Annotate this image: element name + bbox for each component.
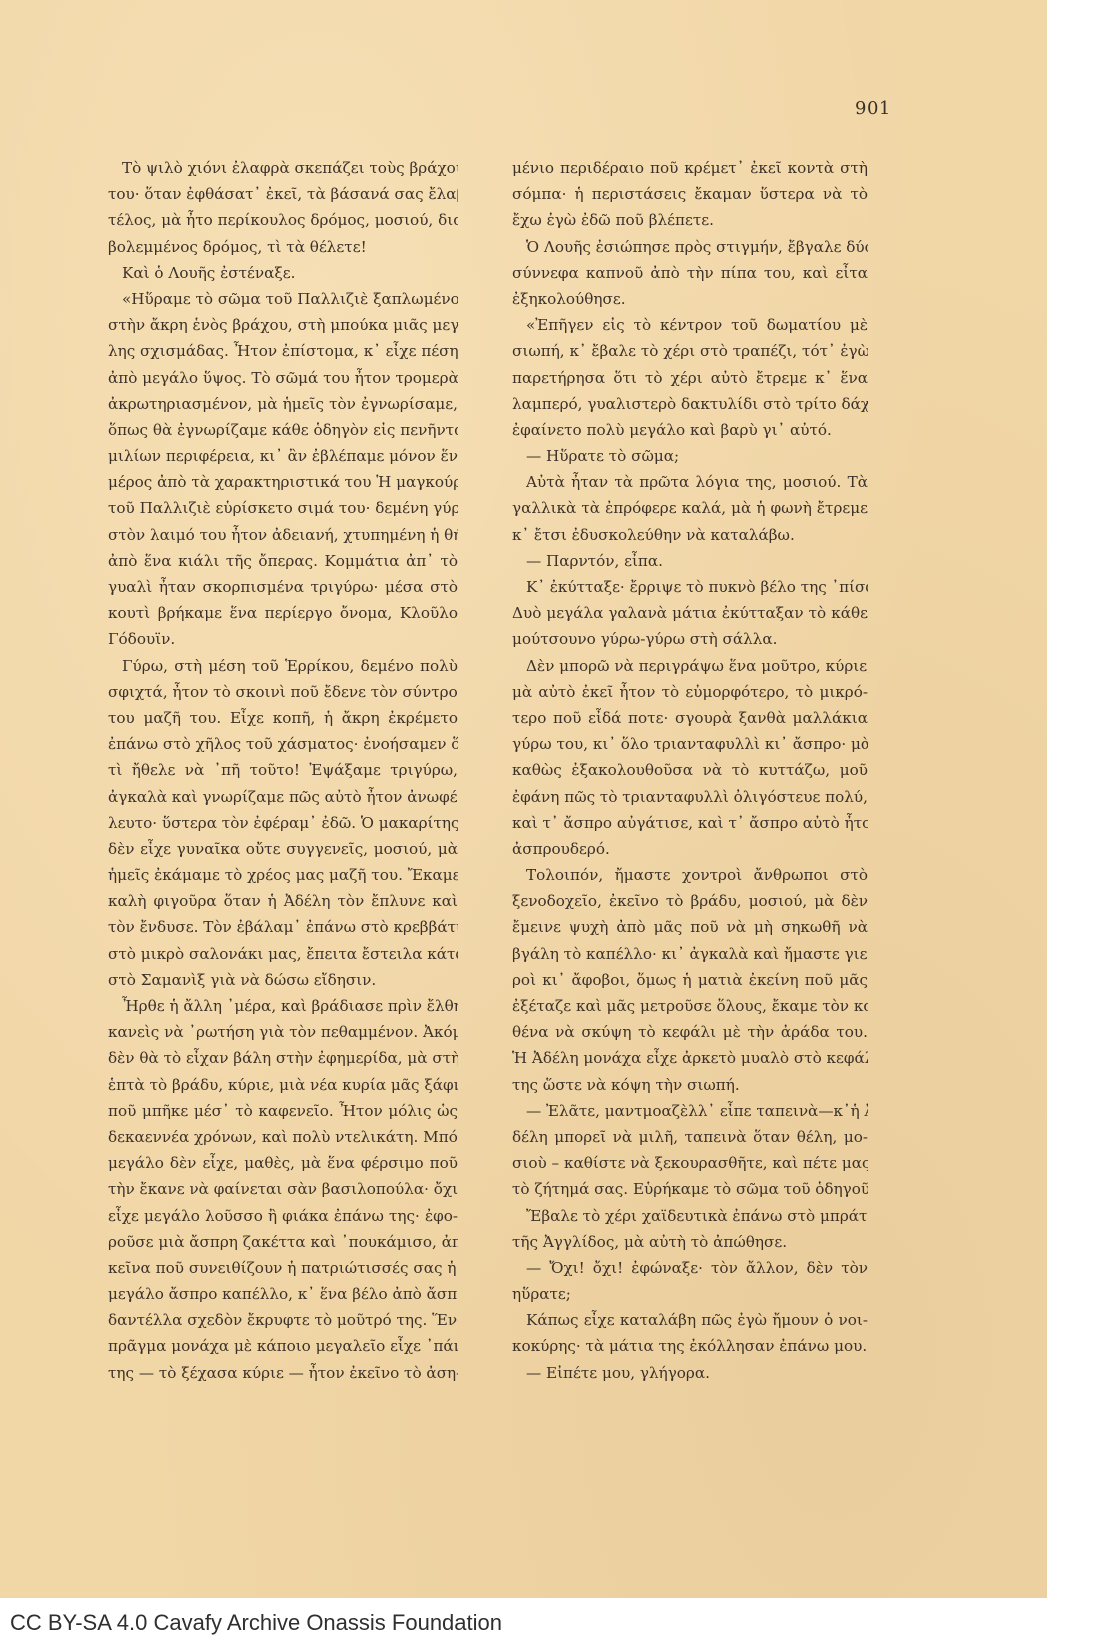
text-line: Τὸ ψιλὸ χιόνι ἐλαφρὰ σκεπάζει τοὺς βράχο… xyxy=(108,155,458,181)
text-line: ἐπάνω στὸ χῆλος τοῦ χάσματος· ἐνοήσαμεν … xyxy=(108,731,458,757)
text-line: λευτο· ὕστερα τὸν ἐφέραμ᾽ ἐδῶ. Ὁ μακαρίτ… xyxy=(108,810,458,836)
text-line: γύρω του, κι᾽ ὅλο τριανταφυλλὶ κι᾽ ἄσπρο… xyxy=(512,731,868,757)
text-line: κεῖνα ποῦ συνειθίζουν ἡ πατριώτισσές σας… xyxy=(108,1255,458,1281)
license-credit: CC BY-SA 4.0 Cavafy Archive Onassis Foun… xyxy=(10,1610,502,1636)
text-line: βγάλη τὸ καπέλλο· κι᾽ ἀγκαλὰ καὶ ἤμαστε … xyxy=(512,941,868,967)
text-line: κουτὶ βρήκαμε ἕνα περίεργο ὄνομα, Κλοῦλο xyxy=(108,600,458,626)
text-line: ἀκρωτηριασμένον, μὰ ἡμεῖς τὸν ἐγνωρίσαμε… xyxy=(108,391,458,417)
text-line: Ὁ Λουῆς ἐσιώπησε πρὸς στιγμήν, ἔβγαλε δύ… xyxy=(512,234,868,260)
text-line: θένα νὰ σκύψη τὸ κεφάλι μὲ τὴν ἀράδα του… xyxy=(512,1019,868,1045)
text-line: ἐξέταζε καὶ μᾶς μετροῦσε ὅλους, ἔκαμε τὸ… xyxy=(512,993,868,1019)
text-line: ἑπτὰ τὸ βράδυ, κύριε, μιὰ νέα κυρία μᾶς … xyxy=(108,1072,458,1098)
text-line: γυαλὶ ἦταν σκορπισμένα τριγύρω· μέσα στὸ xyxy=(108,574,458,600)
text-line: «Ἐπῆγεν εἰς τὸ κέντρον τοῦ δωματίου μὲ xyxy=(512,312,868,338)
text-line: Γόδουϊν. xyxy=(108,626,458,652)
text-line: — Ηὕρατε τὸ σῶμα; xyxy=(512,443,868,469)
text-line: Καὶ ὁ Λουῆς ἐστέναξε. xyxy=(108,260,458,286)
text-line: ἔχω ἐγὼ ἐδῶ ποῦ βλέπετε. xyxy=(512,207,868,233)
text-line: ροῦσε μιὰ ἄσπρη ζακέττα καὶ ᾽πουκάμισο, … xyxy=(108,1229,458,1255)
text-line: σιοὺ – καθίστε νὰ ξεκουρασθῆτε, καὶ πέτε… xyxy=(512,1150,868,1176)
text-line: παρετήρησα ὅτι τὸ χέρι αὐτὸ ἔτρεμε κ᾽ ἕν… xyxy=(512,365,868,391)
text-line: τῆς Ἀγγλίδος, μὰ αὐτὴ τὸ ἀπώθησε. xyxy=(512,1229,868,1255)
footer: CC BY-SA 4.0 Cavafy Archive Onassis Foun… xyxy=(0,1598,1100,1648)
text-line: σύννεφα καπνοῦ ἀπὸ τὴν πίπα του, καὶ εἶτ… xyxy=(512,260,868,286)
text-line: τὴν ἔκανε νὰ φαίνεται σὰν βασιλοπούλα· ὄ… xyxy=(108,1176,458,1202)
text-line: κανεὶς νὰ ᾽ρωτήση γιὰ τὸν πεθαμμένον. Ἀκ… xyxy=(108,1019,458,1045)
text-line: Δυὸ μεγάλα γαλανὰ μάτια ἐκύτταξαν τὸ κάθ… xyxy=(512,600,868,626)
text-line: καὶ τ᾽ ἄσπρο αὐγάτισε, καὶ τ᾽ ἄσπρο αὐτὸ… xyxy=(512,810,868,836)
text-line: — Παρντόν, εἶπα. xyxy=(512,548,868,574)
text-line: γαλλικὰ τὰ ἐπρόφερε καλά, μὰ ἡ φωνὴ ἔτρε… xyxy=(512,495,868,521)
scanned-page: 901 Τὸ ψιλὸ χιόνι ἐλαφρὰ σκεπάζει τοὺς β… xyxy=(0,0,1047,1598)
text-line: τὸν ἔνδυσε. Τὸν ἐβάλαμ᾽ ἐπάνω στὸ κρεββά… xyxy=(108,914,458,940)
text-line: Δὲν μπορῶ νὰ περιγράψω ἕνα μοῦτρο, κύριε… xyxy=(512,653,868,679)
text-line: κοκύρης· τὰ μάτια της ἐκόλλησαν ἐπάνω μο… xyxy=(512,1333,868,1359)
text-line: Κάπως εἶχε καταλάβη πῶς ἐγὼ ἤμουν ὁ νοι- xyxy=(512,1307,868,1333)
text-line: λαμπερό, γυαλιστερὸ δακτυλίδι στὸ τρίτο … xyxy=(512,391,868,417)
text-line: καθὼς ἐξακολουθοῦσα νὰ τὸ κυττάζω, μοῦ xyxy=(512,757,868,783)
text-line: δὲν θὰ τὸ εἶχαν βάλη στὴν ἐφημερίδα, μὰ … xyxy=(108,1045,458,1071)
text-line: τέλος, μὰ ἦτο περίκουλος δρόμος, μοσιού,… xyxy=(108,207,458,233)
text-line: ἀγκαλὰ καὶ γνωρίζαμε πῶς αὐτὸ ἦτον ἀνωφέ… xyxy=(108,784,458,810)
text-line: — Ὄχι! ὄχι! ἐφώναξε· τὸν ἄλλον, δὲν τὸν xyxy=(512,1255,868,1281)
text-line: δὲν εἶχε γυναῖκα οὔτε συγγενεῖς, μοσιού,… xyxy=(108,836,458,862)
text-line: ἡμεῖς ἐκάμαμε τὸ χρέος μας μαζῆ του. Ἔκα… xyxy=(108,862,458,888)
text-line: Αὐτὰ ἦταν τὰ πρῶτα λόγια της, μοσιού. Τὰ xyxy=(512,469,868,495)
text-line: ἔμεινε ψυχὴ ἀπὸ μᾶς ποῦ νὰ μὴ σηκωθῆ νὰ xyxy=(512,914,868,940)
text-line: του· ὅταν ἐφθάσατ᾽ ἐκεῖ, τὰ βάσανά σας ἔ… xyxy=(108,181,458,207)
text-line: στὴν ἄκρη ἑνὸς βράχου, στὴ μπούκα μιᾶς μ… xyxy=(108,312,458,338)
text-line: ἐξηκολούθησε. xyxy=(512,286,868,312)
text-line: στὸ Σαμανὶξ γιὰ νὰ δώσω εἴδησιν. xyxy=(108,967,458,993)
text-line: ἀπὸ μεγάλο ὕψος. Τὸ σῶμά του ἦτον τρομερ… xyxy=(108,365,458,391)
text-line: «Ηὕραμε τὸ σῶμα τοῦ Παλλιζιὲ ξαπλωμένο xyxy=(108,286,458,312)
text-line: σφιχτά, ἦτον τὸ σκοινὶ ποῦ ἔδενε τὸν σύν… xyxy=(108,679,458,705)
text-line: μούτσουνο γύρω-γύρω στὴ σάλλα. xyxy=(512,626,868,652)
page-number: 901 xyxy=(855,98,891,119)
text-line: της ὥστε νὰ κόψη τὴν σιωπή. xyxy=(512,1072,868,1098)
text-line: μεγάλο ἄσπρο καπέλλο, κ᾽ ἕνα βέλο ἀπὸ ἄσ… xyxy=(108,1281,458,1307)
text-line: της — τὸ ξέχασα κύριε — ἦτον ἐκεῖνο τὸ ἀ… xyxy=(108,1360,458,1386)
text-line: τοῦ Παλλιζιὲ εὑρίσκετο σιμά του· δεμένη … xyxy=(108,495,458,521)
text-line: βολεμμένος δρόμος, τὶ τὰ θέλετε! xyxy=(108,234,458,260)
text-line: — Ἐλᾶτε, μαντμοαζὲλλ᾽ εἶπε ταπεινὰ—κ᾽ἡ Ἀ… xyxy=(512,1098,868,1124)
right-column: μένιο περιδέραιο ποῦ κρέμετ᾽ ἐκεῖ κοντὰ … xyxy=(512,155,868,1386)
text-line: πρᾶγμα μονάχα μὲ κάποιο μεγαλεῖο εἶχε ᾽π… xyxy=(108,1333,458,1359)
text-line: Ἦρθε ἡ ἄλλη ᾽μέρα, καὶ βράδιασε πρὶν ἔλθ… xyxy=(108,993,458,1019)
text-line: δαντέλλα σχεδὸν ἔκρυφτε τὸ μοῦτρό της. Ἕ… xyxy=(108,1307,458,1333)
text-line: τὶ ἤθελε νὰ ᾽πῆ τοῦτο! Ἐψάξαμε τριγύρω, xyxy=(108,757,458,783)
text-line: του μαζῆ του. Εἶχε κοπῆ, ἡ ἄκρη ἐκρέμετο xyxy=(108,705,458,731)
text-line: ἐφάνη πῶς τὸ τριανταφυλλὶ ὀλιγόστευε πολ… xyxy=(512,784,868,810)
text-line: κ᾽ ἔτσι ἐδυσκολεύθην νὰ καταλάβω. xyxy=(512,522,868,548)
text-line: στὸ μικρὸ σαλονάκι μας, ἔπειτα ἔστειλα κ… xyxy=(108,941,458,967)
text-line: Τολοιπόν, ἤμαστε χοντροὶ ἄνθρωποι στὸ xyxy=(512,862,868,888)
text-line: ὅπως θὰ ἐγνωρίζαμε κάθε ὁδηγὸν εἰς πενῆν… xyxy=(108,417,458,443)
text-line: ἀπὸ ἕνα κιάλι τῆς ὄπερας. Κομμάτια ἀπ᾽ τ… xyxy=(108,548,458,574)
text-line: μέρος ἀπὸ τὰ χαρακτηριστικά του Ἡ μαγκού… xyxy=(108,469,458,495)
text-line: μεγάλο δὲν εἶχε, μαθὲς, μὰ ἕνα φέρσιμο π… xyxy=(108,1150,458,1176)
text-line: ροὶ κι᾽ ἄφοβοι, ὅμως ἡ ματιὰ ἐκείνη ποῦ … xyxy=(512,967,868,993)
text-line: Γύρω, στὴ μέση τοῦ Ἑρρίκου, δεμένο πολὺ xyxy=(108,653,458,679)
text-line: ἐφαίνετο πολὺ μεγάλο καὶ βαρὺ γι᾽ αὐτό. xyxy=(512,417,868,443)
text-line: Ἡ Ἀδέλη μονάχα εἶχε ἀρκετὸ μυαλὸ στὸ κεφ… xyxy=(512,1045,868,1071)
text-line: τερο ποῦ εἶδά ποτε· σγουρὰ ξανθὰ μαλλάκι… xyxy=(512,705,868,731)
text-line: δεκαεννέα χρόνων, καὶ πολὺ ντελικάτη. Μπ… xyxy=(108,1124,458,1150)
text-line: καλὴ φιγοῦρα ὅταν ἡ Ἀδέλη τὸν ἔπλυνε καὶ xyxy=(108,888,458,914)
text-line: τὸ ζήτημά σας. Εὑρήκαμε τὸ σῶμα τοῦ ὁδηγ… xyxy=(512,1176,868,1202)
left-column: Τὸ ψιλὸ χιόνι ἐλαφρὰ σκεπάζει τοὺς βράχο… xyxy=(108,155,458,1386)
text-line: ηὕρατε; xyxy=(512,1281,868,1307)
text-line: — Εἰπέτε μου, γλήγορα. xyxy=(512,1360,868,1386)
text-line: μὰ αὐτὸ ἐκεῖ ἦτον τὸ εὐμορφότερο, τὸ μικ… xyxy=(512,679,868,705)
text-line: μένιο περιδέραιο ποῦ κρέμετ᾽ ἐκεῖ κοντὰ … xyxy=(512,155,868,181)
text-line: ἀσπρουδερό. xyxy=(512,836,868,862)
text-line: μιλίων περιφέρεια, κι᾽ ἂν ἐβλέπαμε μόνον… xyxy=(108,443,458,469)
text-line: στὸν λαιμό του ἦτον ἀδειανή, χτυπημένη ἡ… xyxy=(108,522,458,548)
text-line: σιωπή, κ᾽ ἔβαλε τὸ χέρι στὸ τραπέζι, τότ… xyxy=(512,338,868,364)
text-line: λης σχισμάδας. Ἦτον ἐπίστομα, κ᾽ εἶχε πέ… xyxy=(108,338,458,364)
text-line: Ἔβαλε τὸ χέρι χαϊδευτικὰ ἐπάνω στὸ μπράτ… xyxy=(512,1203,868,1229)
text-line: δέλη μπορεῖ νὰ μιλῆ, ταπεινὰ ὅταν θέλη, … xyxy=(512,1124,868,1150)
text-line: σόμπα· ἡ περιστάσεις ἔκαμαν ὕστερα νὰ τὸ xyxy=(512,181,868,207)
text-line: ξενοδοχεῖο, ἐκεῖνο τὸ βράδυ, μοσιού, μὰ … xyxy=(512,888,868,914)
text-line: ποῦ μπῆκε μέσ᾽ τὸ καφενεῖο. Ἦτον μόλις ὡ… xyxy=(108,1098,458,1124)
text-line: Κ᾽ ἐκύτταξε· ἔρριψε τὸ πυκνὸ βέλο της ᾽π… xyxy=(512,574,868,600)
text-line: εἶχε μεγάλο λοῦσσο ἢ φιάκα ἐπάνω της· ἐφ… xyxy=(108,1203,458,1229)
